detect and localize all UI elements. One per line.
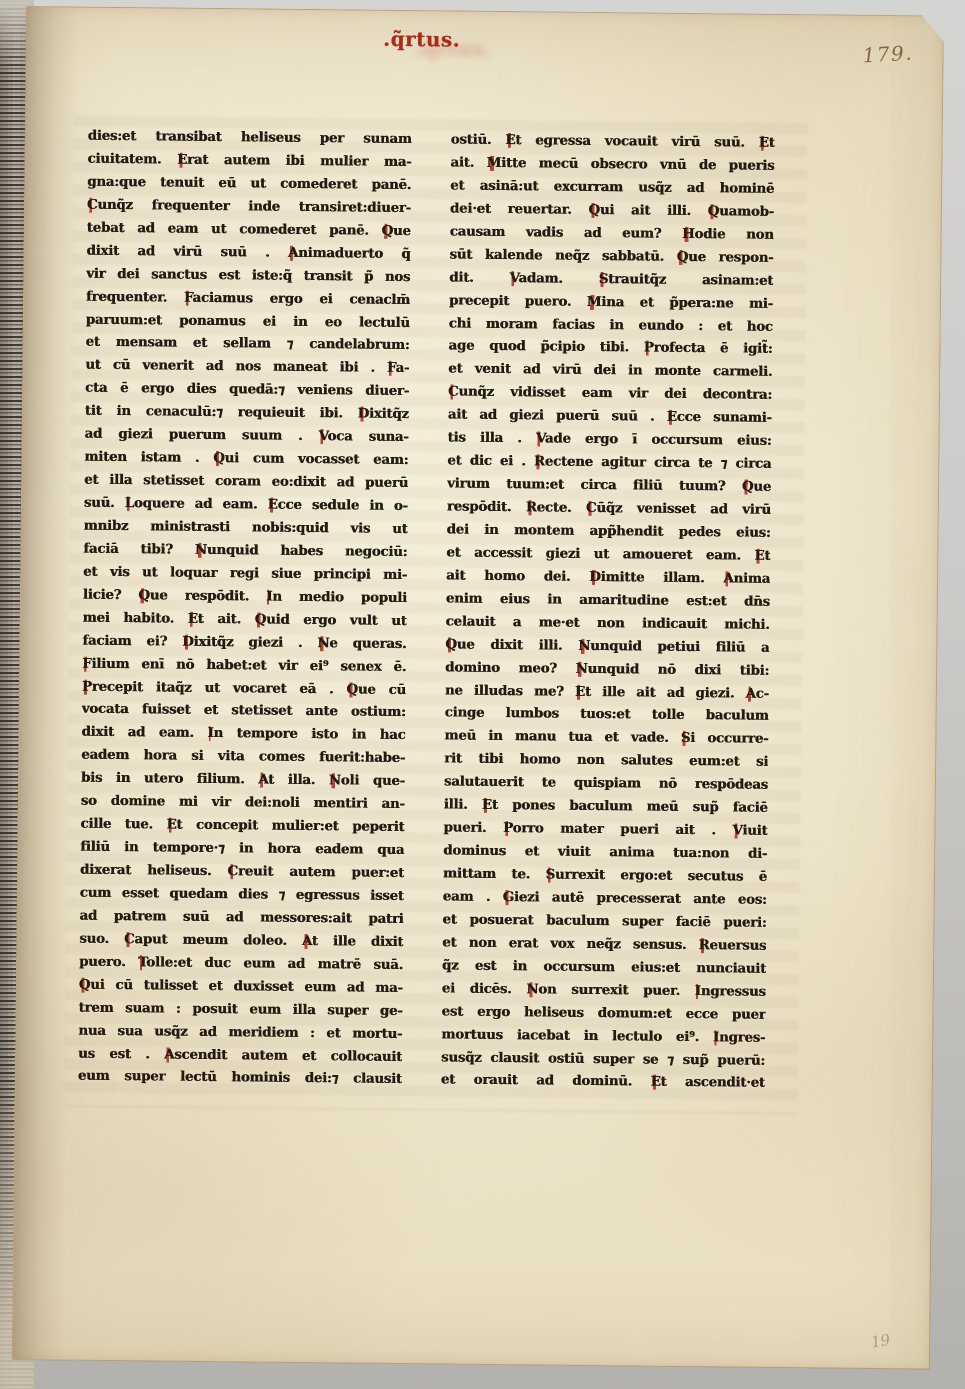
text-line: licie? Que respōdit. In medio populi <box>83 584 407 610</box>
text-line: bis in utero filium. At illa. Noli que- <box>81 768 405 794</box>
text-line: Filium enī nō habet:et vir ei⁹ senex ē. <box>82 653 406 679</box>
text-line: filiū in tempore·⁊ in hora eadem qua <box>80 837 404 863</box>
text-line: mortuus iacebat in lectulo ei⁹. Ingres- <box>441 1024 765 1050</box>
text-line: et orauit ad dominū. Et ascendit·et <box>441 1070 765 1096</box>
text-line: cinge lumbos tuos:et tolle baculum <box>444 703 768 729</box>
text-line: cille tue. Et concepit mulier:et peperit <box>80 814 404 840</box>
text-line: illi. Et pones baculum meū sup̃ faciē <box>444 795 768 821</box>
text-line: dei·et reuertar. Qui ait illi. Quamob- <box>450 198 774 224</box>
text-line: ait ad giezi puerū suū . Ecce sunami- <box>448 405 772 431</box>
text-line: ciuitatem. Erat autem ibi mulier ma- <box>87 149 411 175</box>
text-line: trem suam : posuit eum illa super ge- <box>78 997 402 1023</box>
text-line: chi moram facias in eundo : et hoc <box>449 313 773 339</box>
text-line: susq̃z clausit ostiū super se ⁊ sup̃ pue… <box>441 1047 765 1073</box>
text-line: rit tibi homo non salutes eum:et si <box>444 749 768 775</box>
text-line: faciā tibi? Nunquid habes negociū: <box>83 539 407 565</box>
text-line: salutauerit te quispiam nō respōdeas <box>444 772 768 798</box>
text-line: enim eius in amaritudine est:et dn̄s <box>446 588 770 614</box>
text-line: ne illudas me? Et ille ait ad giezi. Ac- <box>445 680 769 706</box>
scanned-manuscript-screenshot: .q̃rtus. 179. dies:et transibat heliseus… <box>0 0 965 1389</box>
text-line: celauit a me·et non indicauit michi. <box>445 611 769 637</box>
text-line: dixerat heliseus. Creuit autem puer:et <box>80 860 404 886</box>
text-line: suo. Caput meum doleo. At ille dixit <box>79 928 403 954</box>
text-line: vir dei sanctus est iste:q̃ transit p̃ n… <box>86 263 410 289</box>
text-line: precepit puero. Mina et p̃pera:ne mi- <box>449 290 773 316</box>
text-line: cta ē ergo dies quedā:⁊ veniens diuer- <box>85 378 409 404</box>
text-line: et mensam et sellam ⁊ candelabrum: <box>85 332 409 358</box>
text-line: ait homo dei. Dimitte illam. Anima <box>446 565 770 591</box>
text-line: eadem hora si vita comes fuerit:habe- <box>81 745 405 771</box>
text-line: suū. Loquere ad eam. Ecce sedule in o- <box>84 493 408 519</box>
text-line: dit. Vadam. Strauitq̃z asinam:et <box>449 267 773 293</box>
text-line: puero. Tolle:et duc eum ad matrē suā. <box>79 951 403 977</box>
text-line: et accessit giezi ut amoueret eam. Et <box>446 542 770 568</box>
text-line: Que dixit illi. Nunquid petiui filiū a <box>445 634 769 660</box>
text-line: est ergo heliseus domum:et ecce puer <box>441 1001 765 1027</box>
text-line: respōdit. Recte. Cūq̃z venisset ad virū <box>447 496 771 522</box>
text-line: Cunq̃z vidisset eam vir dei decontra: <box>448 382 772 408</box>
text-line: virum tuum:et circa filiū tuum? Que <box>447 473 771 499</box>
text-line: miten istam . Qui cum vocasset eam: <box>84 447 408 473</box>
text-line: age quod p̃cipio tibi. Profecta ē igit̃: <box>448 336 772 362</box>
corner-pencil-number: 19 <box>870 1331 892 1352</box>
text-line: dies:et transibat heliseus per sunam <box>88 126 412 152</box>
text-line: so domine mi vir dei:noli mentiri an- <box>81 791 405 817</box>
text-line: Precepit itaq̃z ut vocaret eā . Que cū <box>82 676 406 702</box>
text-line: pueri. Porro mater pueri ait . Viuit <box>443 818 767 844</box>
text-line: eam . Giezi autē precesserat ante eos: <box>443 886 767 912</box>
text-line: tit in cenaculū:⁊ requieuit ibi. Dixitq̃… <box>85 401 409 427</box>
text-line: ad patrem suū ad messores:ait patri <box>79 905 403 931</box>
text-line: ut cū venerit ad nos maneat ibi . Fa- <box>85 355 409 381</box>
text-line: cum esset quedam dies ⁊ egressus isset <box>80 883 404 909</box>
text-line: mei habito. Et ait. Quid ergo vult ut <box>82 607 406 633</box>
text-line: dixit ad virū suū . Animaduerto q̃ <box>86 240 410 266</box>
text-column-left: dies:et transibat heliseus per sunamciui… <box>78 126 412 1093</box>
text-line: nua sua usq̃z ad meridiem : et mortu- <box>78 1020 402 1046</box>
text-line: ostiū. Et egressa vocauit virū suū. Et <box>450 129 774 155</box>
manuscript-page: .q̃rtus. 179. dies:et transibat heliseus… <box>12 6 944 1370</box>
text-line: meū in manu tua et vade. Si occurre- <box>444 726 768 752</box>
folio-number: 179. <box>862 41 914 68</box>
text-line: et asinā:ut excurram usq̃z ad hominē <box>450 175 774 201</box>
text-line: us est . Ascendit autem et collocauit <box>78 1043 402 1069</box>
running-title: .q̃rtus. <box>357 26 487 51</box>
text-line: sūt kalende neq̃z sabbatū. Que respon- <box>449 244 773 270</box>
text-line: Cunq̃z frequenter inde transiret:diuer- <box>87 194 411 220</box>
text-line: dixit ad eam. In tempore isto in hac <box>81 722 405 748</box>
text-line: ait. Mitte mecū obsecro vnū de pueris <box>450 152 774 178</box>
text-line: Qui cū tulisset et duxisset eum ad ma- <box>79 974 403 1000</box>
text-line: et venit ad virū dei in monte carmeli. <box>448 359 772 385</box>
text-line: eum super lectū hominis dei:⁊ clausit <box>78 1066 402 1092</box>
text-line: paruum:et ponamus ei in eo lectulū <box>86 309 410 335</box>
text-line: et dic ei . Rectene agitur circa te ⁊ ci… <box>447 451 771 477</box>
text-line: dei in montem app̃hendit pedes eius: <box>446 519 770 545</box>
text-line: et illa stetisset coram eo:dixit ad puer… <box>84 470 408 496</box>
text-line: ad giezi puerum suum . Voca suna- <box>84 424 408 450</box>
text-line: et non erat vox neq̃z sensus. Reuersus <box>442 932 766 958</box>
text-line: dominus et viuit anima tua:non di- <box>443 840 767 866</box>
text-column-right: ostiū. Et egressa vocauit virū suū. Etai… <box>441 129 775 1096</box>
text-line: domino meo? Nunquid nō dixi tibi: <box>445 657 769 683</box>
text-line: q̃z est in occursum eius:et nunciauit <box>442 955 766 981</box>
text-line: tebat ad eam ut comederet panē. Que <box>87 217 411 243</box>
text-line: faciam ei? Dixitq̃z giezi . Ne queras. <box>82 630 406 656</box>
text-line: tis illa . Vade ergo ī occursum eius: <box>447 428 771 454</box>
text-line: mittam te. Surrexit ergo:et secutus ē <box>443 863 767 889</box>
text-line: et vis ut loquar regi siue principi mi- <box>83 561 407 587</box>
text-line: gna:que tenuit eū ut comederet panē. <box>87 172 411 198</box>
text-line: et posuerat baculum super faciē pueri: <box>442 909 766 935</box>
text-line: causam vadis ad eum? Hodie non <box>450 221 774 247</box>
text-line: ei dicēs. Non surrexit puer. Ingressus <box>442 978 766 1004</box>
text-line: frequenter. Faciamus ergo ei cenaclm̄ <box>86 286 410 312</box>
text-line: vocata fuisset et stetisset ante ostium: <box>82 699 406 725</box>
text-line: mnibz ministrasti nobis:quid vis ut <box>83 516 407 542</box>
